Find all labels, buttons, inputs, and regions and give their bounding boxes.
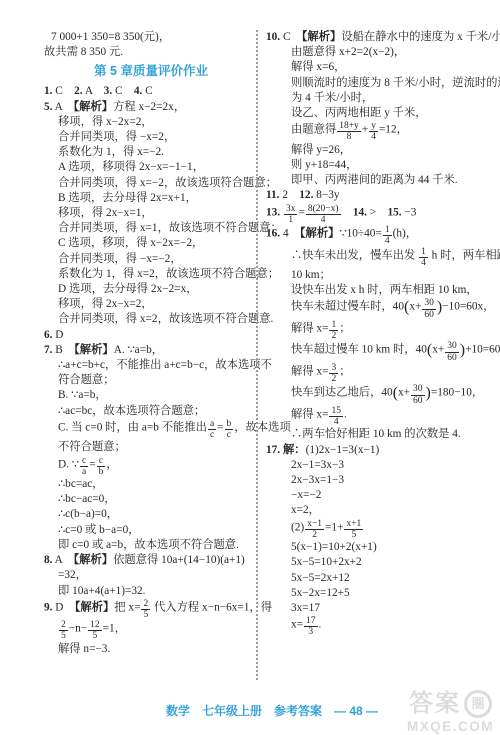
text-line: 解得 x=32；: [266, 363, 494, 385]
fraction: 3x1: [284, 204, 298, 226]
fraction: ca: [80, 456, 88, 478]
fraction: 3060: [422, 298, 436, 320]
text-line: 解得 n=−3.: [44, 642, 258, 657]
bold-text: 15.: [387, 206, 401, 218]
fraction: 173: [304, 616, 318, 638]
fraction: bc: [225, 419, 234, 441]
bold-text: 解：: [283, 444, 306, 456]
text-line: 符合题意；: [44, 373, 258, 388]
fraction: 12: [329, 320, 338, 342]
bold-text: 9.: [44, 601, 52, 613]
text-line: 解得 x=6，: [266, 60, 494, 75]
bold-text: 【解析】: [74, 344, 114, 356]
text-line: 解得 x=154.: [266, 406, 494, 428]
text-line: 16. 4 【解析】∵10÷40=14(h)，: [266, 225, 494, 247]
fraction: 3060: [445, 341, 459, 363]
fraction: x+15: [344, 519, 363, 541]
text-line: 2x−3x=1−3: [266, 473, 494, 488]
text-line: 解得 x=12；: [266, 320, 494, 342]
text-line: 不符合题意；: [44, 440, 258, 455]
text-line: 由题意得18+y8+y4=12，: [266, 121, 494, 143]
bold-text: 17.: [266, 444, 280, 456]
bold-text: 【解析】: [74, 101, 114, 113]
fraction: cb: [97, 456, 106, 478]
text-line: 则顺流时的速度为 8 千米/小时，逆流时的速度: [266, 76, 494, 91]
text-line: 10 km；: [266, 268, 494, 283]
text-line: 6. D: [44, 328, 258, 343]
text-line: 系数化为 1，得 x=2，故该选项不符合题意；: [44, 267, 258, 282]
fraction: 8(20−x)4: [306, 204, 341, 226]
text-line: 2x−1=3x−3: [266, 458, 494, 473]
big-parenthesis: ): [460, 342, 465, 359]
text-line: 移项，得 2x−x=1，: [44, 206, 258, 221]
fraction: 125: [88, 620, 102, 642]
text-line: (2)x−12=1+x+15: [266, 519, 494, 541]
text-line: 7. B 【解析】A. ∵a=b，: [44, 343, 258, 358]
text-line: 为 4 千米/小时，: [266, 91, 494, 106]
bold-text: 8.: [44, 554, 52, 566]
text-line: 9. D 【解析】把 x=25 代入方程 x−n−6x=1，得: [44, 599, 258, 621]
text-line: 合并同类项，得 x=1，故该选项不符合题意；: [44, 221, 258, 236]
bold-text: 14.: [353, 206, 367, 218]
text-line: 11. 2 12. 8−3y: [266, 188, 494, 203]
bold-text: 1.: [44, 85, 52, 97]
bold-text: 2.: [74, 85, 82, 97]
bold-text: 3.: [104, 85, 112, 97]
text-line: 10. C 【解析】设船在静水中的速度为 x 千米/小时，: [266, 30, 494, 45]
text-line: 5x−5=10+2x+2: [266, 555, 494, 570]
text-line: 7 000+1 350=8 350(元)，: [44, 30, 258, 45]
text-line: 1. C 2. A 3. C 4. C: [44, 84, 258, 99]
answer-key-page: 7 000+1 350=8 350(元)，故共需 8 350 元.第 5 章质量…: [0, 0, 500, 735]
text-line: 即甲、丙两港间的距离为 44 千米.: [266, 173, 494, 188]
fraction: 25: [141, 599, 150, 621]
bold-text: 16.: [266, 227, 280, 239]
text-line: 即 c=0 或 a=b，故本选项不符合题意.: [44, 538, 258, 553]
text-line: C. 当 c=0 时，由 a=b 不能推出ac=bc，故本选项: [44, 419, 258, 441]
watermark-circle-icon: 圈: [464, 690, 492, 718]
text-line: 合并同类项，得 x=−2，故该选项符合题意；: [44, 176, 258, 191]
text-line: ∴c=0 或 b−a=0，: [44, 523, 258, 538]
text-line: ∴c(b−a)=0，: [44, 507, 258, 522]
text-line: 5(x−1)=10+2(x+1): [266, 540, 494, 555]
text-line: 5x−5=2x+12: [266, 571, 494, 586]
text-line: 设乙、丙两地相距 y 千米，: [266, 106, 494, 121]
big-parenthesis: ): [437, 299, 442, 316]
section-title: 第 5 章质量评价作业: [44, 60, 258, 84]
text-line: 即 10a+4(a+1)=32.: [44, 584, 258, 599]
text-line: 合并同类项，得 −x=−2，: [44, 252, 258, 267]
text-line: 快车到达乙地后，40(x+3060)=180−10，: [266, 384, 494, 406]
watermark: 答案圈 MXQE.COM: [407, 690, 494, 734]
bold-text: 11.: [266, 189, 280, 201]
text-line: 移项，得 x−2x=2，: [44, 115, 258, 130]
watermark-domain: MXQE.COM: [407, 720, 494, 734]
bold-text: 【解析】: [75, 601, 115, 613]
watermark-brand-text: 答案: [409, 692, 461, 716]
text-line: 快车超过慢车 10 km 时，40(x+3060)+10=60x，: [266, 341, 494, 363]
text-line: D 选项，去分母得 2x−2=x，: [44, 282, 258, 297]
big-parenthesis: (: [393, 385, 398, 402]
text-line: ∴两车恰好相距 10 km 的次数是 4.: [266, 427, 494, 442]
bold-text: 10.: [266, 31, 280, 43]
text-line: A 选项，移项得 2x−x=−1−1，: [44, 160, 258, 175]
fraction: 25: [59, 620, 68, 642]
bold-text: 【解析】: [300, 227, 340, 239]
text-line: =32，: [44, 568, 258, 583]
fraction: ac: [208, 419, 216, 441]
text-line: 25−n−125=1，: [44, 620, 258, 642]
text-line: C 选项，移项，得 x−2x=−2，: [44, 236, 258, 251]
text-line: 5. A 【解析】方程 x−2=2x，: [44, 100, 258, 115]
bold-text: 【解析】: [302, 31, 342, 43]
right-column: 10. C 【解析】设船在静水中的速度为 x 千米/小时，由题意得 x+2=2(…: [266, 30, 494, 638]
text-line: 解得 y=26，: [266, 143, 494, 158]
text-line: 17. 解：(1)2x−1=3(x−1): [266, 443, 494, 458]
watermark-logo: 答案圈: [407, 690, 494, 718]
fraction: 14: [419, 247, 428, 269]
text-line: 5x−2x=12+5: [266, 586, 494, 601]
footer-text: 数学 七年级上册 参考答案 — 48 —: [166, 704, 378, 718]
fraction: 14: [383, 225, 392, 247]
text-line: −x=−2: [266, 488, 494, 503]
fraction: 32: [329, 363, 338, 385]
bold-text: 13.: [266, 206, 280, 218]
left-column: 7 000+1 350=8 350(元)，故共需 8 350 元.第 5 章质量…: [44, 30, 258, 657]
big-parenthesis: (: [404, 299, 409, 316]
text-line: 系数化为 1，得 x=−2.: [44, 145, 258, 160]
text-line: B. ∵a=b，: [44, 388, 258, 403]
text-line: 移项，得 2x−x=2，: [44, 297, 258, 312]
bold-text: 【解析】: [74, 554, 114, 566]
fraction: 18+y8: [337, 121, 361, 143]
text-line: 设快车出发 x h 时，两车相距 10 km，: [266, 283, 494, 298]
text-line: ∴ac=bc，故本选项符合题意；: [44, 404, 258, 419]
text-line: ∴快车未出发，慢车出发 14 h 时，两车相距: [266, 247, 494, 269]
bold-text: 5.: [44, 101, 52, 113]
fraction: y4: [369, 121, 378, 143]
text-line: ∴bc−ac=0，: [44, 492, 258, 507]
bold-text: 4.: [134, 85, 142, 97]
text-line: 快车未超过慢车时，40(x+3060)−10=60x，: [266, 298, 494, 320]
text-line: x=173.: [266, 616, 494, 638]
column-divider: [256, 30, 258, 680]
text-line: ∴bc=ac，: [44, 477, 258, 492]
text-line: 合并同类项，得 −x=2，: [44, 130, 258, 145]
text-line: 8. A 【解析】依题意得 10a+(14−10)(a+1): [44, 553, 258, 568]
big-parenthesis: ): [426, 385, 431, 402]
text-line: 3x=17: [266, 601, 494, 616]
big-parenthesis: (: [427, 342, 432, 359]
text-line: x=2，: [266, 503, 494, 518]
text-line: 13. 3x1=8(20−x)4 14. > 15. −3: [266, 204, 494, 226]
fraction: 3060: [411, 384, 425, 406]
text-line: B 选项，去分母得 2x=x+1，: [44, 191, 258, 206]
bold-text: 12.: [299, 189, 313, 201]
text-line: 则 y+18=44，: [266, 158, 494, 173]
bold-text: 6.: [44, 329, 52, 341]
text-line: 由题意得 x+2=2(x−2)，: [266, 45, 494, 60]
fraction: x−12: [305, 519, 324, 541]
text-line: 故共需 8 350 元.: [44, 45, 258, 60]
text-line: D. ∵ca=cb，: [44, 456, 258, 478]
bold-text: 7.: [44, 344, 52, 356]
text-line: 合并同类项，得 x=2，故该选项不符合题意.: [44, 312, 258, 327]
fraction: 154: [329, 406, 343, 428]
text-line: ∴a+c=b+c，不能推出 a+c=b−c，故本选项不: [44, 358, 258, 373]
